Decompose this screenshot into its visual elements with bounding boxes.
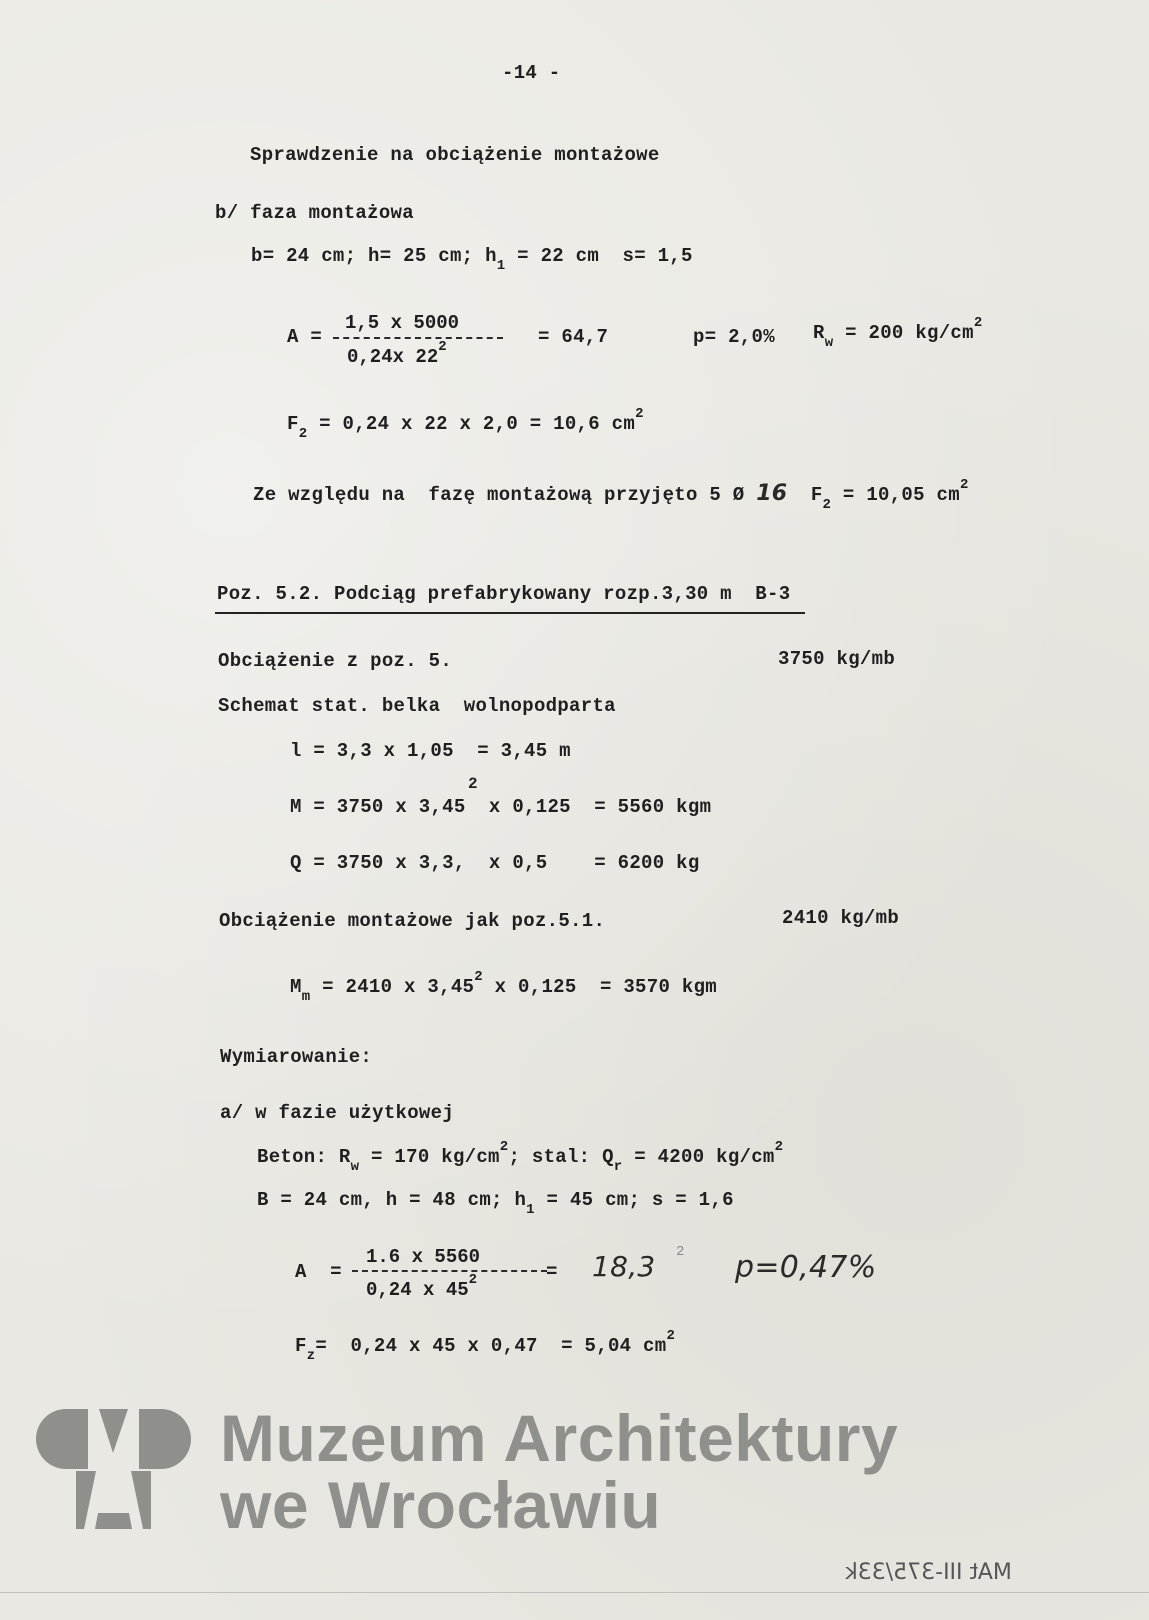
shear-equation: Q = 3750 x 3,3, x 0,5 = 6200 kg — [290, 852, 700, 874]
a-lhs: A = — [287, 326, 322, 348]
load-label: Obciążenie z poz. 5. — [218, 650, 452, 672]
a2-lhs: A = — [295, 1261, 342, 1283]
title-underline — [215, 612, 805, 614]
span-equation: l = 3,3 x 1,05 = 3,45 m — [290, 740, 571, 762]
materials-line: Beton: Rw = 170 kg/cm2; stal: Qr = 4200 … — [257, 1146, 783, 1168]
watermark-line-1: Muzeum Architektury — [220, 1405, 898, 1471]
phase-b-heading: b/ faza montażowa — [215, 202, 414, 224]
a-result: = 64,7 — [538, 326, 608, 348]
a2-result-handwritten: 18,3 — [592, 1250, 656, 1283]
phase-a-heading: a/ w fazie użytkowej — [220, 1102, 454, 1124]
fz-equation: Fz= 0,24 x 45 x 0,47 = 5,04 cm2 — [295, 1335, 675, 1357]
scan-line — [0, 1592, 1149, 1593]
mount-load-label: Obciążenie montażowe jak poz.5.1. — [219, 910, 605, 932]
dims-line: B = 24 cm, h = 48 cm; h1 = 45 cm; s = 1,… — [257, 1189, 734, 1211]
load-value: 3750 kg/mb — [778, 648, 895, 670]
rw-value: Rw = 200 kg/cm2 — [813, 322, 983, 344]
page-number: -14 - — [502, 62, 561, 84]
section-heading: Sprawdzenie na obciążenie montażowe — [250, 144, 660, 166]
position-title: Poz. 5.2. Podciąg prefabrykowany rozp.3,… — [217, 583, 790, 605]
static-scheme: Schemat stat. belka wolnopodparta — [218, 695, 616, 717]
watermark-line-2: we Wrocławiu — [220, 1472, 661, 1538]
a2-result-sup: 2 — [676, 1244, 685, 1260]
mm-equation: Mm = 2410 x 3,452 x 0,125 = 3570 kgm — [290, 976, 717, 998]
dimensioning-heading: Wymiarowanie: — [220, 1046, 372, 1068]
m-exponent: 2 — [468, 775, 478, 793]
a2-equals: = — [546, 1261, 558, 1283]
params-line: b= 24 cm; h= 25 cm; h1 = 22 cm s= 1,5 — [251, 245, 693, 267]
p-handwritten: p=0,47% — [735, 1250, 877, 1285]
mount-load-value: 2410 kg/mb — [782, 907, 899, 929]
archive-note: MAt III-375/33k — [845, 1560, 1012, 1585]
moment-equation: M = 3750 x 3,45 x 0,125 = 5560 kgm — [290, 796, 711, 818]
adopted-reinforcement: Ze względu na fazę montażową przyjęto 5 … — [253, 481, 969, 506]
p-value: p= 2,0% — [693, 326, 775, 348]
museum-logo-icon — [36, 1405, 191, 1533]
f2-equation: F2 = 0,24 x 22 x 2,0 = 10,6 cm2 — [287, 413, 644, 435]
